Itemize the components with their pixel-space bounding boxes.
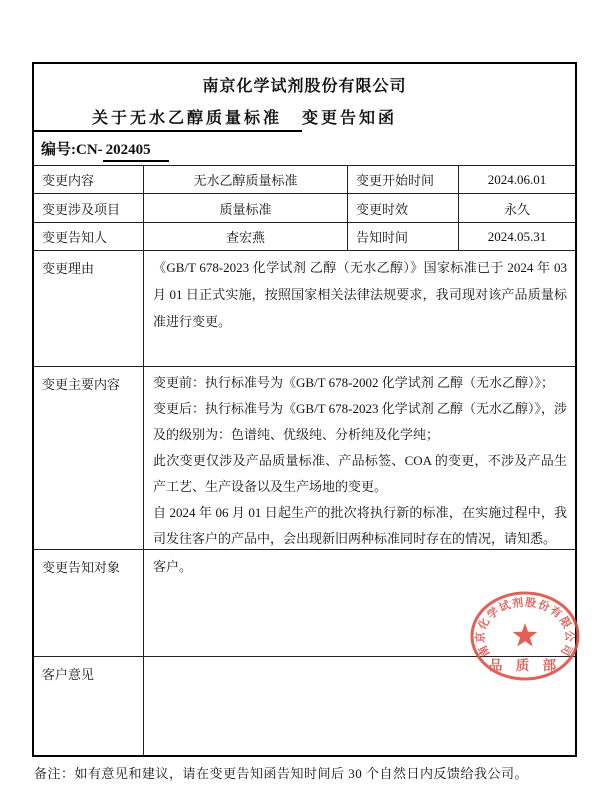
row-label: 变更告知人 (34, 223, 143, 250)
notify-target-text: 客户。 (143, 550, 575, 656)
subject-underlined-text: 关于无水乙醇质量标准 (34, 109, 302, 132)
document-number: 编号:CN-202405 (41, 141, 575, 162)
subject-line: 关于无水乙醇质量标准变更告知函 (34, 109, 575, 132)
main-content-paragraph: 变更后：执行标准号为《GB/T 678-2023 化学试剂 乙醇（无水乙醇）》，… (153, 396, 567, 448)
row-value-2: 2024.06.01 (458, 166, 575, 193)
document-page: 南京化学试剂股份有限公司 关于无水乙醇质量标准变更告知函 编号:CN-20240… (0, 0, 598, 807)
row-label-2: 变更时效 (347, 194, 458, 222)
row-label-2: 告知时间 (347, 223, 458, 250)
row-label: 变更主要内容 (34, 367, 143, 549)
table-row-change-content: 变更内容 无水乙醇质量标准 变更开始时间 2024.06.01 (34, 165, 575, 193)
change-notice-document: 南京化学试剂股份有限公司 关于无水乙醇质量标准变更告知函 编号:CN-20240… (32, 62, 577, 757)
row-label: 变更告知对象 (34, 550, 143, 656)
notify-target-value: 客户。 (153, 553, 567, 580)
table-row-notifier: 变更告知人 查宏燕 告知时间 2024.05.31 (34, 222, 575, 250)
row-label: 变更理由 (34, 251, 143, 366)
row-label: 变更内容 (34, 166, 143, 193)
change-reason-text: 《GB/T 678-2023 化学试剂 乙醇（无水乙醇）》国家标准已于 2024… (143, 251, 575, 366)
row-value: 查宏燕 (143, 223, 347, 250)
document-number-label: 编号:CN- (41, 142, 103, 158)
footer-remark: 备注：如有意见和建议，请在变更告知函告知时间后 30 个自然日内反馈给我公司。 (34, 763, 528, 782)
table-row-change-items: 变更涉及项目 质量标准 变更时效 永久 (34, 193, 575, 222)
customer-opinion-text (143, 657, 575, 755)
main-content-paragraph: 变更前：执行标准号为《GB/T 678-2002 化学试剂 乙醇（无水乙醇）》； (153, 370, 567, 396)
row-value-2: 永久 (458, 194, 575, 222)
main-content-paragraph: 自 2024 年 06 月 01 日起生产的批次将执行新的标准，在实施过程中，我… (153, 500, 567, 549)
row-value-2: 2024.05.31 (458, 223, 575, 250)
row-label: 变更涉及项目 (34, 194, 143, 222)
table-row-main-content: 变更主要内容 变更前：执行标准号为《GB/T 678-2002 化学试剂 乙醇（… (34, 366, 575, 549)
subject-suffix: 变更告知函 (302, 110, 397, 127)
main-content-paragraph: 此次变更仅涉及产品质量标准、产品标签、COA 的变更，不涉及产品生产工艺、生产设… (153, 448, 567, 500)
document-number-value: 202405 (103, 141, 169, 162)
row-label-2: 变更开始时间 (347, 166, 458, 193)
change-reason-paragraph: 《GB/T 678-2023 化学试剂 乙醇（无水乙醇）》国家标准已于 2024… (153, 254, 567, 335)
company-title: 南京化学试剂股份有限公司 (34, 73, 575, 96)
title-block: 南京化学试剂股份有限公司 关于无水乙醇质量标准变更告知函 编号:CN-20240… (34, 64, 575, 165)
main-content-text: 变更前：执行标准号为《GB/T 678-2002 化学试剂 乙醇（无水乙醇）》；… (143, 367, 575, 549)
row-value: 质量标准 (143, 194, 347, 222)
table-row-notify-target: 变更告知对象 客户。 (34, 549, 575, 656)
table-row-change-reason: 变更理由 《GB/T 678-2023 化学试剂 乙醇（无水乙醇）》国家标准已于… (34, 250, 575, 366)
row-value: 无水乙醇质量标准 (143, 166, 347, 193)
row-label: 客户意见 (34, 657, 143, 755)
table-row-customer-opinion: 客户意见 (34, 656, 575, 755)
